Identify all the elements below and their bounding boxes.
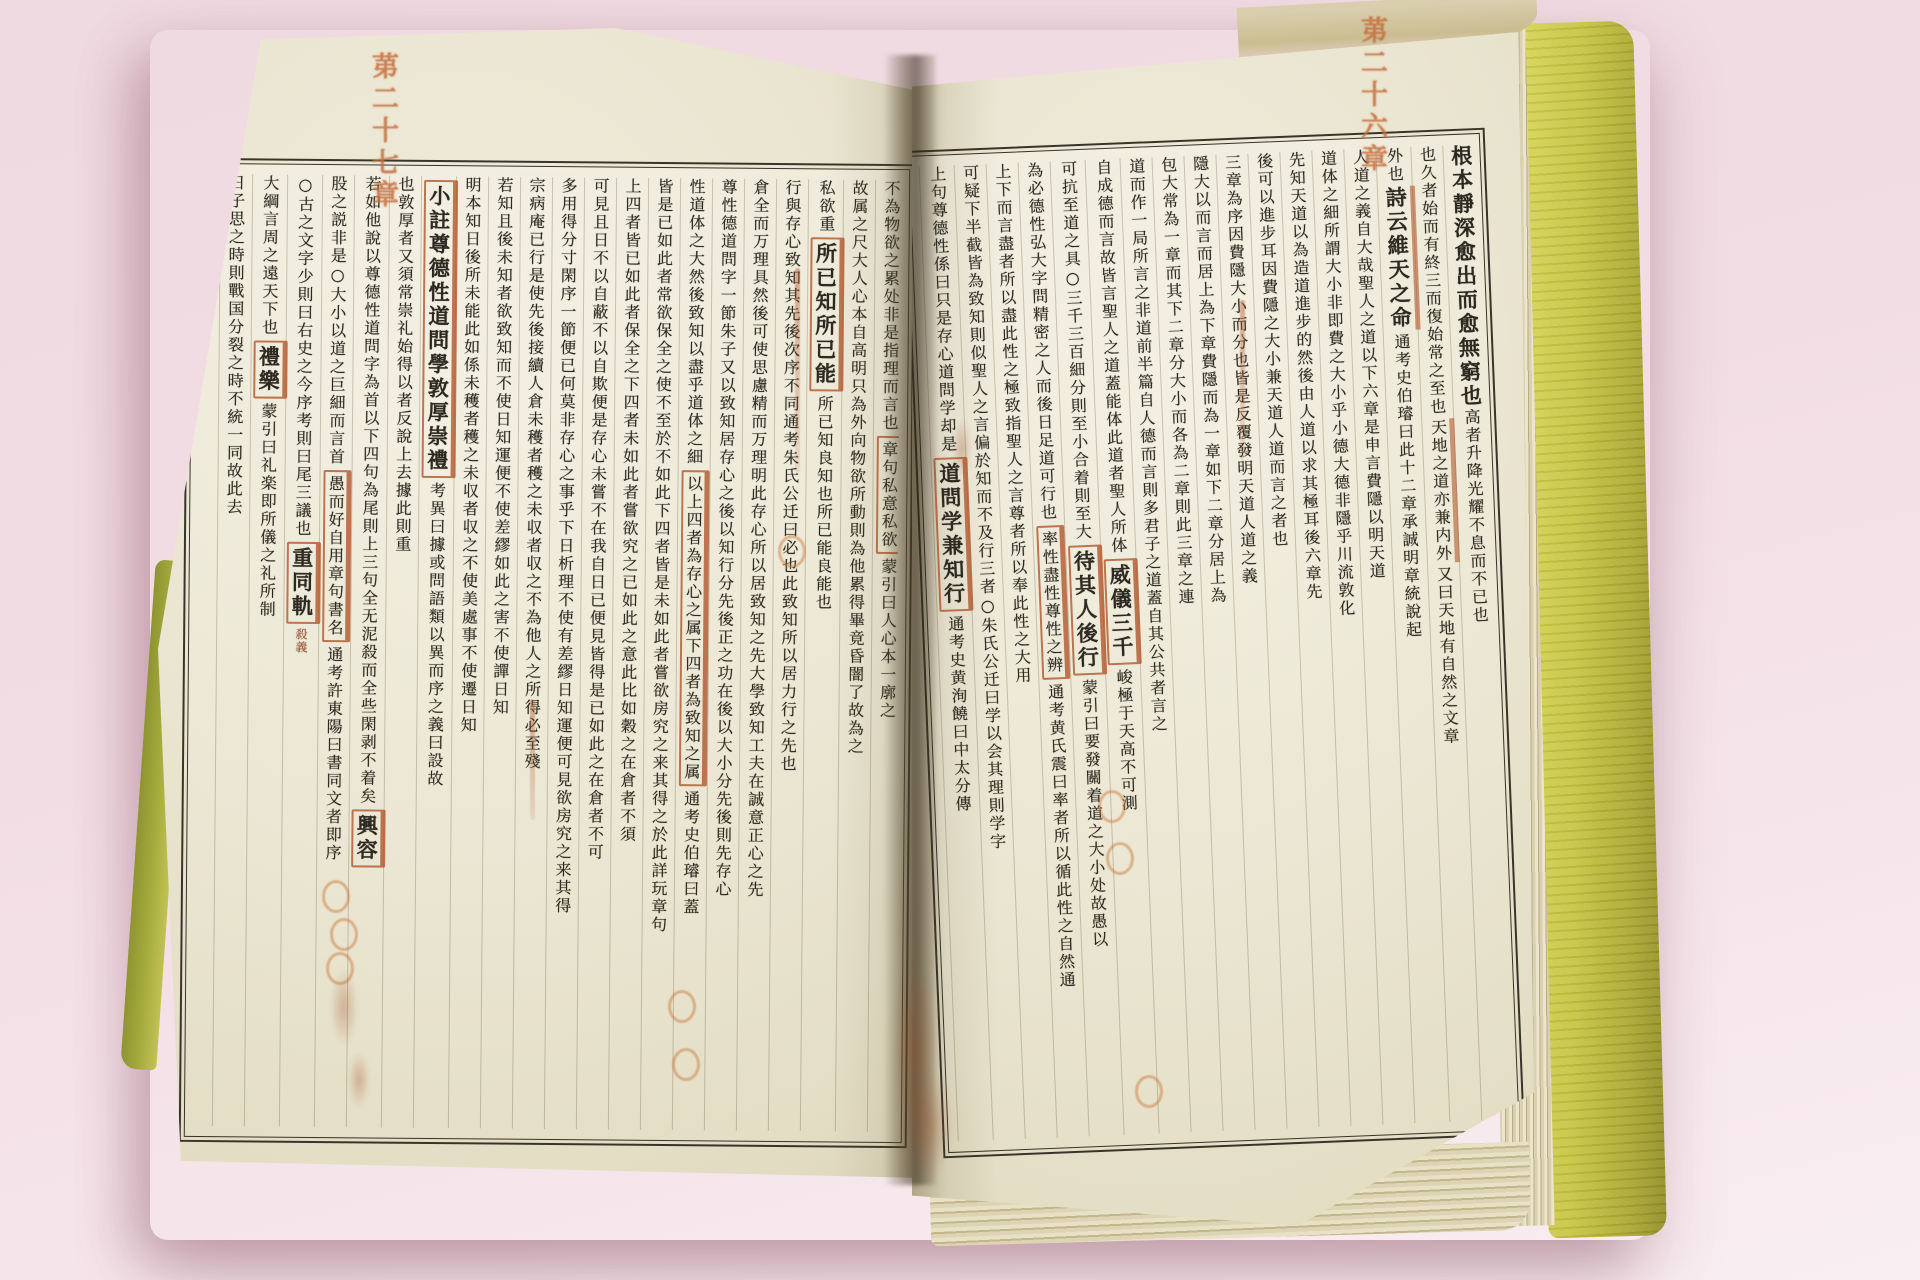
correction-circle-mark [668,990,696,1023]
column-text: 大綱言周之遠天下也 [260,174,280,336]
column-text: 又曰天地有自然之文章 [1434,565,1460,746]
correction-circle-mark [778,535,806,568]
column-text: ○古之文字少則曰右史之今序考則曰尾三議也 [293,175,315,538]
text-column: 私欲重所已知所已能所已知良知也所已能良能也 [800,179,837,1131]
text-column: 皆是已如此者常欲保全之使不至於不如此下四者皆是未如此者嘗欲房究之来其得之於此詳玩… [640,178,674,1130]
ink-smudge [902,1070,954,1180]
text-column: 多用得分寸閑序一節便已何莫非存心之事乎下日析理不使有差繆日知運便可見欲房究之来其… [544,177,578,1129]
column-text: 故属之尺大人心本自高明只為外向物欲所動則為他累得畢竟昏闇了故為之 [845,180,869,756]
column-text: 通考史黄洵饒曰中太分傳 [946,615,973,814]
red-annotated-heading: 所已知所已能 [809,237,844,391]
text-column: 若知且後未知者欲致知而不使日知運便不使差繆如此之害不使譂日知 [480,176,514,1128]
red-annotated-heading: 以上四者為存心之属下四者為致知之属 [679,470,710,786]
column-text: 通考許東陽曰書同文者即序 [323,646,344,862]
red-annotated-heading: 愚而好自用章句書名 [322,470,351,642]
text-column: 日子思之時則戰国分裂之時不統一同故此去 [212,174,246,1126]
column-text: 所已知良知也所已能良能也 [813,395,834,611]
red-annotated-heading: 興容 [351,809,386,867]
column-text: 考異曰據或問語類以異而序之義曰設故 [425,482,447,788]
handwritten-chapter-mark-right: 苐二十六章 [1352,16,1391,176]
text-column: 明本知日後所未能此如係未穫者穫之未収者収之不使美處事不使遷日知 [448,176,482,1128]
red-annotated-heading: 禮樂 [253,340,288,398]
text-column: 大綱言周之遠天下也禮樂蒙引曰礼楽即所儀之礼所制 [244,174,281,1126]
red-annotated-heading: 重同軌 [286,542,321,624]
correction-circle-mark [1135,1075,1163,1108]
red-sideline-mark [795,268,800,473]
red-annotated-heading: 道問学兼知行 [933,457,973,612]
column-text: 尊性德道問字一節朱子又以致知居存心之後以知行分先後正之功在後以大小分先後則先存心 [713,178,738,898]
text-column: 宗病庵已行是使先後接續人倉未穫者穫之未収者収之不為他人之所得必至殘 [512,177,546,1129]
handwritten-chapter-mark-left: 苐二十七章 [363,52,402,212]
right-page: 根本靜深愈出而愈無窮也高者升降光耀不息而不已也也久者始而有終三而復始常之至也天地… [912,26,1534,1238]
left-text-frame: 不為物欲之累处非是指理而言也章句私意私欲蒙引曰人心本一廓之故属之尺大人心本自高明… [184,163,910,1143]
text-column: 可見且日不以自蔽不以自欺便是存心未嘗不在我自日已便見皆得是已如此之在倉者不可 [576,177,610,1129]
correction-circle-mark [672,1048,700,1081]
photo-of-open-book: 不為物欲之累处非是指理而言也章句私意私欲蒙引曰人心本一廓之故属之尺大人心本自高明… [0,0,1920,1280]
text-column: 也敦厚者又須常崇礼始得以者反說上去據此則重 [381,176,415,1128]
correction-circle-mark [1106,842,1134,875]
text-column: ○古之文字少則曰右史之今序考則曰尾三議也重同軌殺義 [279,175,316,1127]
red-annotated-heading: 威儀三千 [1103,558,1141,665]
column-text: 通考史伯璿曰蓋 [681,790,701,916]
ink-smudge [330,968,358,1046]
right-text-frame: 根本靜深愈出而愈無窮也高者升降光耀不息而不已也也久者始而有終三而復始常之至也天地… [908,133,1520,1153]
red-sideline-mark [1240,300,1245,460]
column-text: 若如他說以尊德性道問字為首以下四句為尾則上三句全无泥殺而全些閑剥不着矣 [358,175,382,805]
column-text: 也久者始而有終三而復始常之至也 [1417,146,1447,417]
column-text: 性道体之大然後致知以盡乎道体之細 [685,178,707,466]
column-text: 可見且日不以自蔽不以自欺便是存心未嘗不在我自日已便見皆得是已如此之在倉者不可 [585,177,610,861]
text-column: 倉全而万理具然後可使思慮精而万理明此存心所以居致知之先大學致知工夫在誠意正心之先 [736,179,770,1131]
column-text: 宗病庵已行是使先後接續人倉未穫者穫之未収者収之不為他人之所得必至殘 [522,177,546,771]
column-text: 高者升降光耀不息而不已也 [1462,408,1490,625]
text-column: 上四者皆已如此者保全之下四者未如此者嘗欲究之已如此之意此比如穀之在倉者不須 [608,178,642,1130]
red-sideline-mark [530,700,535,820]
text-column: 性道体之大然後致知以盡乎道体之細以上四者為存心之属下四者為致知之属通考史伯璿曰蓋 [672,178,706,1130]
column-text: 多用得分寸閑序一節便已何莫非存心之事乎下日析理不使有差繆日知運便可見欲房究之来其… [553,177,578,915]
column-text: 若知且後未知者欲致知而不使日知運便不使差繆如此之害不使譂日知 [490,177,514,717]
column-text: 蒙引曰礼楽即所儀之礼所制 [257,402,278,618]
red-annotated-heading: 詩云維天之命 [1383,186,1421,331]
right-page-columns: 根本靜深愈出而愈無窮也高者升降光耀不息而不已也也久者始而有終三而復始常之至也天地… [918,144,1511,1141]
red-annotated-heading: 待其人後行 [1068,544,1107,675]
red-annotated-heading: 殺義 [294,628,308,654]
column-text: 通考史伯璿曰此十二章承誠明章統說起 [1392,333,1423,640]
column-text: 也敦厚者又須常崇礼始得以者反說上去據此則重 [393,176,415,554]
column-text: 根本靜深愈出而愈無窮也 [1448,144,1484,409]
column-text: 私欲重 [817,179,836,233]
text-column: 故属之尺大人心本自高明只為外向物欲所動則為他累得畢竟昏闇了故為之 [835,180,869,1132]
ink-smudge [348,1052,370,1108]
text-column: 尊性德道問字一節朱子又以致知居存心之後以知行分先後正之功在後以大小分先後則先存心 [704,178,738,1130]
correction-circle-mark [1098,790,1126,823]
text-column: 小註尊德性道問學敦厚崇禮考異曰據或問語類以異而序之義曰設故 [413,176,450,1128]
column-text: 倉全而万理具然後可使思慮精而万理明此存心所以居致知之先大學致知工夫在誠意正心之先 [745,179,770,899]
correction-circle-mark [322,880,350,913]
correction-circle-mark [330,918,358,951]
column-text: 上四者皆已如此者保全之下四者未如此者嘗欲究之已如此之意此比如穀之在倉者不須 [617,178,642,844]
ink-smudge [953,418,971,478]
column-text: 皆是已如此者常欲保全之使不至於不如此下四者皆是未如此者嘗欲房究之来其得之於此詳玩… [649,178,675,934]
left-page: 不為物欲之累处非是指理而言也章句私意私欲蒙引曰人心本一廓之故属之尺大人心本自高明… [158,28,920,1178]
red-annotated-heading: 小註尊德性道問學敦厚崇禮 [421,180,458,478]
column-text: 股之説非是○大小以道之巨細而言首 [326,175,348,466]
column-text: 明本知日後所未能此如係未穫者穫之未収者収之不使美處事不使遷日知 [458,176,482,734]
